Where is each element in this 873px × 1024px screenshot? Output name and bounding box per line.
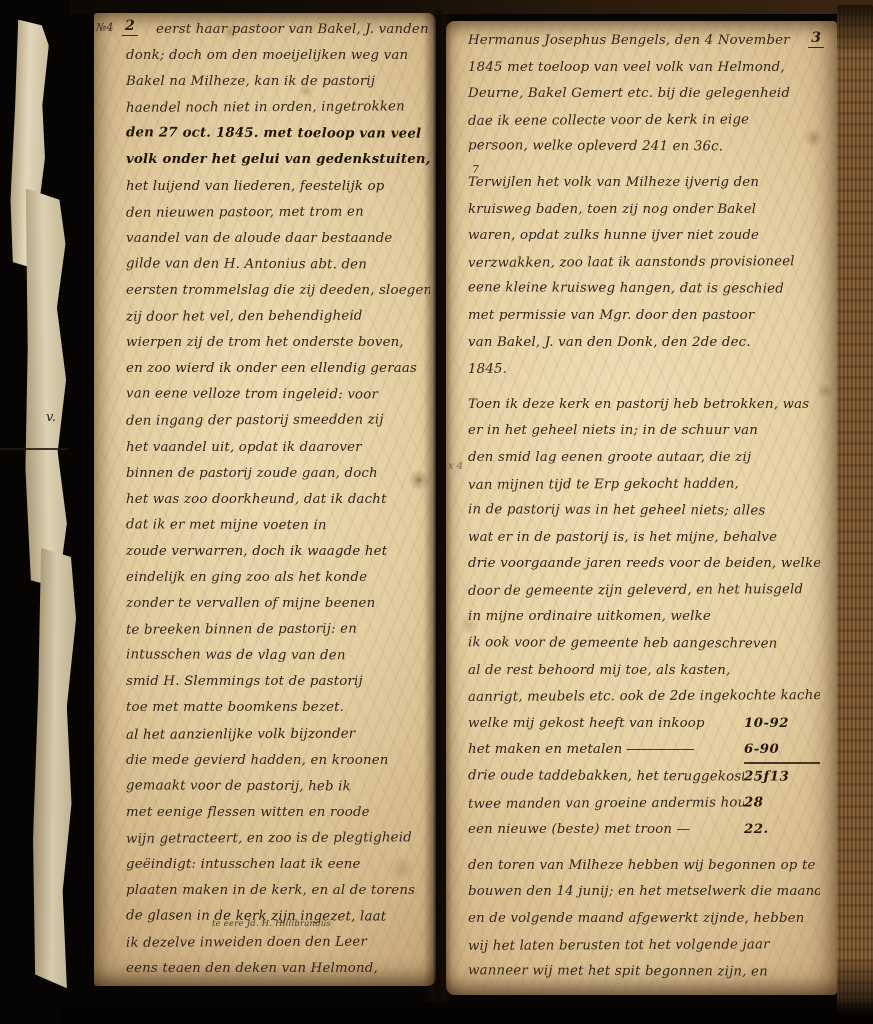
handwritten-line: al de rest behoord mij toe, als kasten, xyxy=(468,658,820,685)
handwritten-line: toe met matte boomkens bezet. xyxy=(126,695,430,721)
handwritten-line: wanneer wij met het spit begonnen zijn, … xyxy=(468,958,820,986)
handwritten-line: smid H. Slemmings tot de pastorij xyxy=(126,669,430,695)
archive-mark: №4 xyxy=(96,21,113,34)
handwritten-line: Hermanus Josephus Bengels, den 4 Novembe… xyxy=(468,28,820,55)
handwritten-line: door de gemeente zijn geleverd, en het h… xyxy=(468,577,820,605)
handwritten-line: volk onder het gelui van gedenkstuiten, … xyxy=(126,147,430,173)
page-number-left: 2 xyxy=(122,18,138,36)
handwritten-line: gemaakt voor de pastorij, heb ik xyxy=(126,773,430,800)
handwritten-line: dat ik er met mijne voeten in xyxy=(126,512,430,539)
handwritten-line: het vaandel uit, opdat ik daarover xyxy=(126,435,430,461)
interline-note: te eere Jd. H. Hillibrandus xyxy=(212,919,331,929)
handwritten-line: 1845 met toeloop van veel volk van Helmo… xyxy=(468,55,820,82)
handwritten-line: gilde van den H. Antonius abt. den xyxy=(126,251,430,278)
handwritten-line: eindelijk en ging zoo als het konde xyxy=(126,565,430,591)
handwritten-line: zij door het vel, den behendigheid xyxy=(126,303,430,331)
ledger-item-label: twee manden van groeine andermis hout xyxy=(468,790,744,818)
ledger-amount: 22. xyxy=(744,817,820,844)
ledger-amount: 10-92 xyxy=(744,711,820,738)
ledger-item-label: welke mij gekost heeft van inkoop xyxy=(468,711,744,738)
handwritten-line: wierpen zij de trom het onderste boven, xyxy=(126,330,430,356)
left-page: №4 2 eerst haar pastoor van Bakel, J. va… xyxy=(94,13,436,986)
torn-page-stub xyxy=(31,548,77,989)
ledger-amount: 6-90 xyxy=(744,737,820,764)
handwritten-line: met eenige flessen witten en roode xyxy=(126,800,430,826)
handwritten-line: al het aanzienlijke volk bijzonder xyxy=(126,721,430,749)
ledger-amount: 25ƒ13 xyxy=(744,764,820,791)
torn-page-stub xyxy=(21,188,72,589)
handwritten-line: verzwakken, zoo laat ik aanstonds provis… xyxy=(468,249,820,277)
left-page-text: eerst haar pastoor van Bakel, J. vandend… xyxy=(126,17,430,983)
handwritten-line: binnen de pastorij zoude gaan, doch xyxy=(126,461,430,487)
handwritten-line: Terwijlen het volk van Milheze ijverig d… xyxy=(468,170,820,197)
bottom-shadow xyxy=(60,998,873,1024)
handwritten-line: zoude verwarren, doch ik waagde het xyxy=(126,539,430,565)
handwritten-line: plaaten maken in de kerk, en al de toren… xyxy=(126,878,430,904)
handwritten-line: donk; doch om den moeijelijken weg van xyxy=(126,43,430,69)
ledger-row: drie oude taddebakken, het teruggekost25… xyxy=(468,763,820,791)
ledger-row: het maken en metalen ―――――6-90 xyxy=(468,737,820,764)
handwritten-line: in mijne ordinaire uitkomen, welke xyxy=(468,604,820,631)
handwritten-line: geëindigt: intusschen laat ik eene xyxy=(126,852,430,878)
book-gutter xyxy=(424,10,452,1002)
paragraph: den toren van Milheze hebben wij begonne… xyxy=(468,853,820,986)
ledger-row: welke mij gekost heeft van inkoop10-92 xyxy=(468,711,820,738)
handwritten-line: den 27 oct. 1845. met toeloop van veel xyxy=(126,121,430,148)
ledger-item-label: een nieuwe (beste) met troon — xyxy=(468,817,744,844)
handwritten-line: met permissie van Mgr. door den pastoor xyxy=(468,303,820,330)
handwritten-line: bouwen den 14 junij; en het metselwerk d… xyxy=(468,879,820,906)
handwritten-line: 1845. xyxy=(468,355,820,383)
handwritten-line: aanrigt, meubels etc. ook de 2de ingekoc… xyxy=(468,683,820,711)
handwritten-line: het luijend van liederen, feestelijk op xyxy=(126,174,430,200)
ledger-amount: 28 xyxy=(744,790,820,817)
handwritten-line: den nieuwen pastoor, met trom en xyxy=(126,199,430,227)
handwritten-line: haendel noch niet in orden, ingetrokken xyxy=(126,94,430,122)
handwritten-line: van mijnen tijd te Erp gekocht hadden, xyxy=(468,471,820,499)
handwritten-line: die mede gevierd hadden, en kroonen xyxy=(126,748,430,774)
ledger-item-label: het maken en metalen ――――― xyxy=(468,737,744,764)
paragraph: Terwijlen het volk van Milheze ijverig d… xyxy=(468,170,820,383)
paragraph-mark: 7 xyxy=(472,163,479,176)
handwritten-line: kruisweg baden, toen zij nog onder Bakel xyxy=(468,197,820,224)
handwritten-line: wij het laten berusten tot het volgende … xyxy=(468,932,820,960)
torn-page-stubs xyxy=(0,8,96,1012)
handwritten-line: Toen ik deze kerk en pastorij heb betrok… xyxy=(468,392,820,419)
handwritten-line: in de pastorij was in het geheel niets; … xyxy=(468,497,820,525)
right-page-text: Hermanus Josephus Bengels, den 4 Novembe… xyxy=(468,28,820,992)
handwritten-line: wijn getracteert, en zoo is de plegtighe… xyxy=(126,825,430,853)
handwritten-line: er in het geheel niets in; in de schuur … xyxy=(468,418,820,445)
handwritten-line: dae ik eene collecte voor de kerk in eig… xyxy=(468,107,820,135)
handwritten-line: en de volgende maand afgewerkt zijnde, h… xyxy=(468,906,820,933)
handwritten-line: Deurne, Bakel Gemert etc. bij die gelege… xyxy=(468,81,820,108)
handwritten-line: te breeken binnen de pastorij: en xyxy=(126,616,430,644)
handwritten-line: ik ook voor de gemeente heb aangeschreve… xyxy=(468,630,820,658)
margin-rule xyxy=(0,448,68,450)
handwritten-line: eerst haar pastoor van Bakel, J. vanden xyxy=(126,17,430,43)
paragraph: Toen ik deze kerk en pastorij heb betrok… xyxy=(468,392,820,844)
handwritten-line: persoon, welke opleverd 241 en 36c. xyxy=(468,134,820,162)
handwritten-line: en zoo wierd ik onder een ellendig geraa… xyxy=(126,356,430,382)
ledger-row: twee manden van groeine andermis hout28 xyxy=(468,790,820,818)
handwritten-line: den toren van Milheze hebben wij begonne… xyxy=(468,853,820,880)
handwritten-line: eene kleine kruisweg hangen, dat is gesc… xyxy=(468,276,820,304)
handwritten-line: drie voorgaande jaren reeds voor de beid… xyxy=(468,551,820,578)
handwritten-line: ik dezelve inweiden doen den Leer xyxy=(126,929,430,957)
handwritten-line: waren, opdat zulks hunne ijver niet zoud… xyxy=(468,223,820,250)
handwritten-line: eersten trommelslag die zij deeden, sloe… xyxy=(126,278,430,304)
margin-note: v. xyxy=(46,410,56,425)
manuscript-photo: v. №4 2 eerst haar pastoor van Bakel, J.… xyxy=(0,0,873,1024)
page-number-right: 3 xyxy=(808,30,824,48)
handwritten-line: wat er in de pastorij is, is het mijne, … xyxy=(468,525,820,552)
book-fore-edge xyxy=(837,5,873,1017)
handwritten-line: het was zoo doorkheund, dat ik dacht xyxy=(126,487,430,513)
handwritten-line: intusschen was de vlag van den xyxy=(126,643,430,670)
handwritten-line: van Bakel, J. van den Donk, den 2de dec. xyxy=(468,330,820,357)
ledger-item-label: drie oude taddebakken, het teruggekost xyxy=(468,763,744,791)
handwritten-line: Bakel na Milheze, kan ik de pastorij xyxy=(126,69,430,95)
handwritten-line: eens teaen den deken van Helmond, xyxy=(126,956,430,982)
paragraph: Hermanus Josephus Bengels, den 4 Novembe… xyxy=(468,28,820,161)
handwritten-line: vaandel van de aloude daar bestaande xyxy=(126,226,430,252)
right-page: 3 7 x 4 Hermanus Josephus Bengels, den 4… xyxy=(446,21,837,995)
handwritten-line: zonder te vervallen of mijne beenen xyxy=(126,591,430,617)
handwritten-line: van eene velloze trom ingeleid: voor xyxy=(126,382,430,409)
book-top-edge xyxy=(70,0,873,14)
handwritten-line: den smid lag eenen groote autaar, die zi… xyxy=(468,445,820,472)
handwritten-line: den ingang der pastorij smeedden zij xyxy=(126,408,430,436)
ledger-row: een nieuwe (beste) met troon —22. xyxy=(468,817,820,844)
